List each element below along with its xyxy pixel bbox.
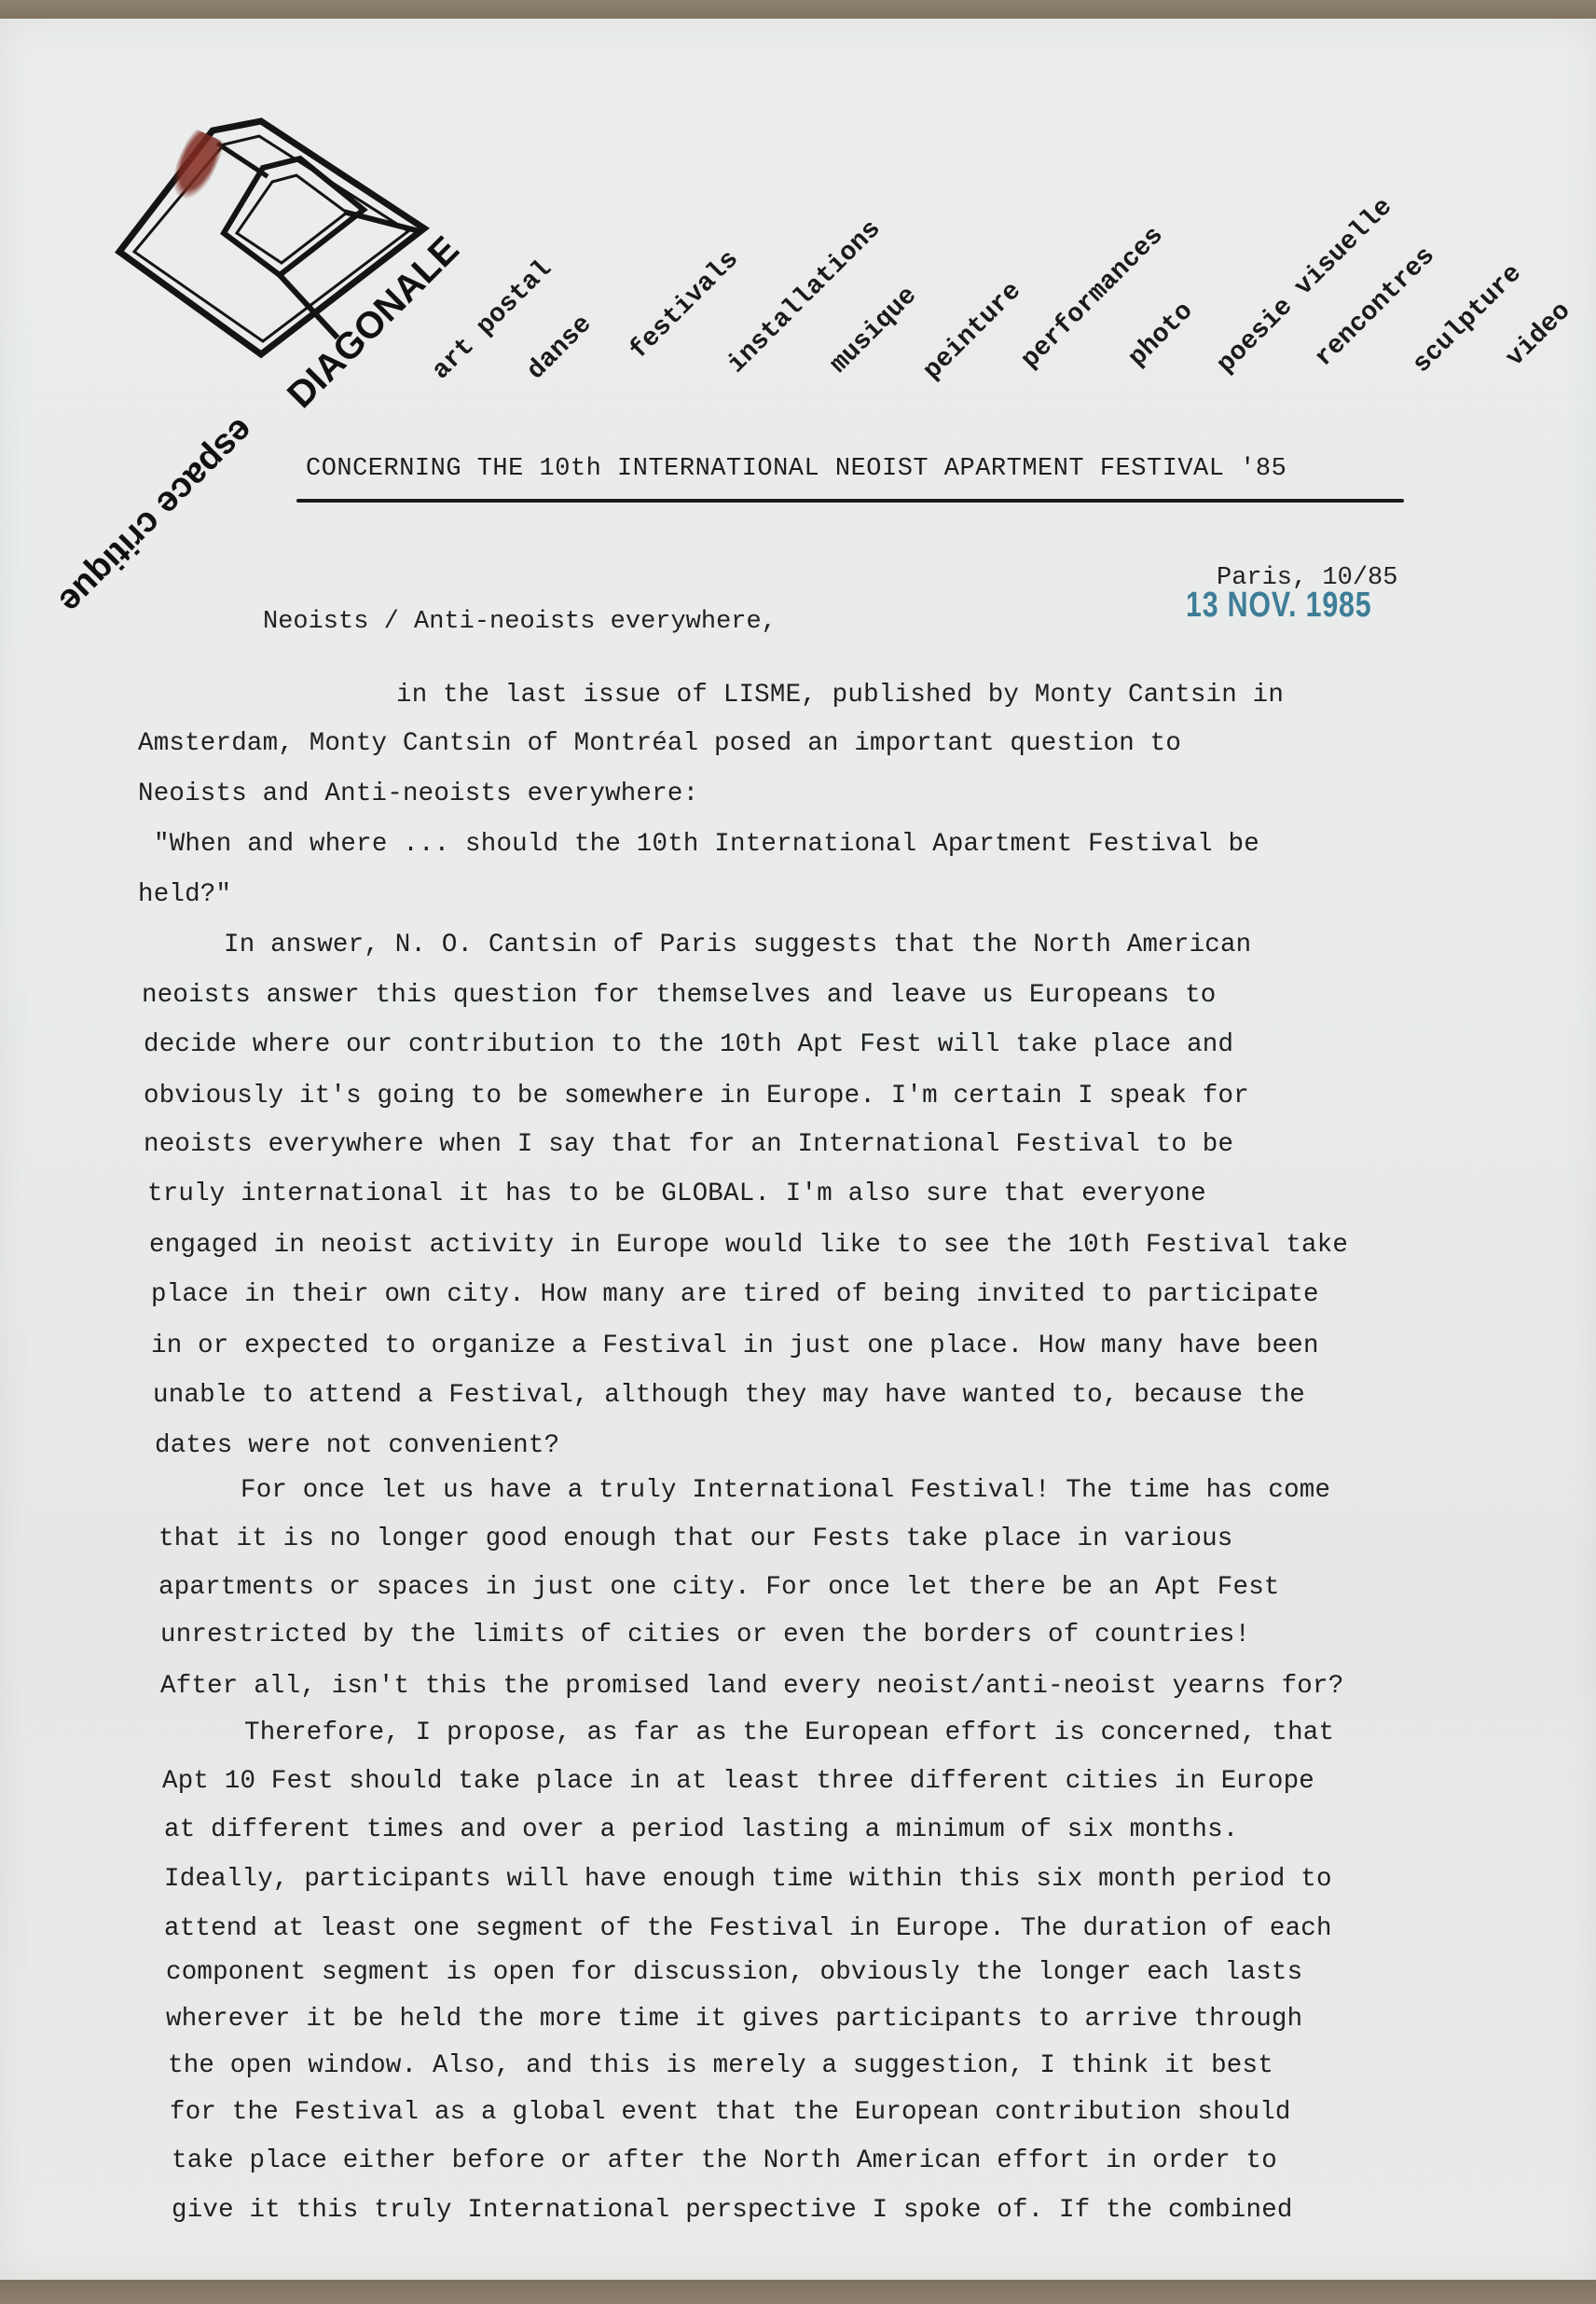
body-line: take place either before or after the No…	[172, 2146, 1277, 2175]
heading-underline	[296, 499, 1404, 503]
body-line: engaged in neoist activity in Europe wou…	[149, 1231, 1348, 1260]
body-line: dates were not convenient?	[155, 1431, 559, 1460]
body-line: give it this truly International perspec…	[172, 2196, 1293, 2225]
body-line: attend at least one segment of the Festi…	[164, 1914, 1332, 1943]
body-line: "When and where ... should the 10th Inte…	[154, 830, 1259, 859]
table-surface-bottom	[0, 2280, 1596, 2304]
body-line: apartments or spaces in just one city. F…	[158, 1573, 1280, 1602]
body-line: wherever it be held the more time it giv…	[166, 2005, 1302, 2034]
salutation: Neoists / Anti-neoists everywhere,	[263, 608, 777, 636]
body-line: held?"	[138, 880, 231, 909]
body-line: the open window. Also, and this is merel…	[168, 2051, 1273, 2080]
body-line: Apt 10 Fest should take place in at leas…	[162, 1767, 1314, 1796]
body-line: for the Festival as a global event that …	[170, 2098, 1291, 2127]
body-line: In answer, N. O. Cantsin of Paris sugges…	[224, 931, 1251, 959]
body-line: that it is no longer good enough that ou…	[158, 1525, 1233, 1553]
body-line: neoists everywhere when I say that for a…	[144, 1130, 1233, 1159]
body-line: Ideally, participants will have enough t…	[164, 1865, 1332, 1894]
body-line: For once let us have a truly Internation…	[241, 1476, 1330, 1505]
body-line: unrestricted by the limits of cities or …	[160, 1621, 1250, 1649]
body-line: neoists answer this question for themsel…	[142, 981, 1217, 1010]
body-line: Amsterdam, Monty Cantsin of Montréal pos…	[138, 729, 1181, 758]
body-line: Neoists and Anti-neoists everywhere:	[138, 779, 698, 808]
received-date-stamp: 13 NOV. 1985	[1186, 586, 1371, 626]
body-line: place in their own city. How many are ti…	[151, 1280, 1319, 1309]
body-line: After all, isn't this the promised land …	[160, 1672, 1343, 1701]
body-line: component segment is open for discussion…	[166, 1958, 1302, 1987]
body-line: at different times and over a period las…	[164, 1815, 1239, 1844]
body-line: Therefore, I propose, as far as the Euro…	[244, 1718, 1334, 1747]
body-line: in or expected to organize a Festival in…	[151, 1331, 1319, 1360]
body-line: in the last issue of LISME, published by…	[396, 681, 1284, 710]
table-surface-top	[0, 0, 1596, 21]
body-line: truly international it has to be GLOBAL.…	[147, 1180, 1206, 1208]
body-line: obviously it's going to be somewhere in …	[144, 1082, 1249, 1111]
letter-heading: CONCERNING THE 10th INTERNATIONAL NEOIST…	[306, 455, 1286, 483]
body-line: unable to attend a Festival, although th…	[153, 1381, 1305, 1410]
body-line: decide where our contribution to the 10t…	[144, 1030, 1233, 1059]
